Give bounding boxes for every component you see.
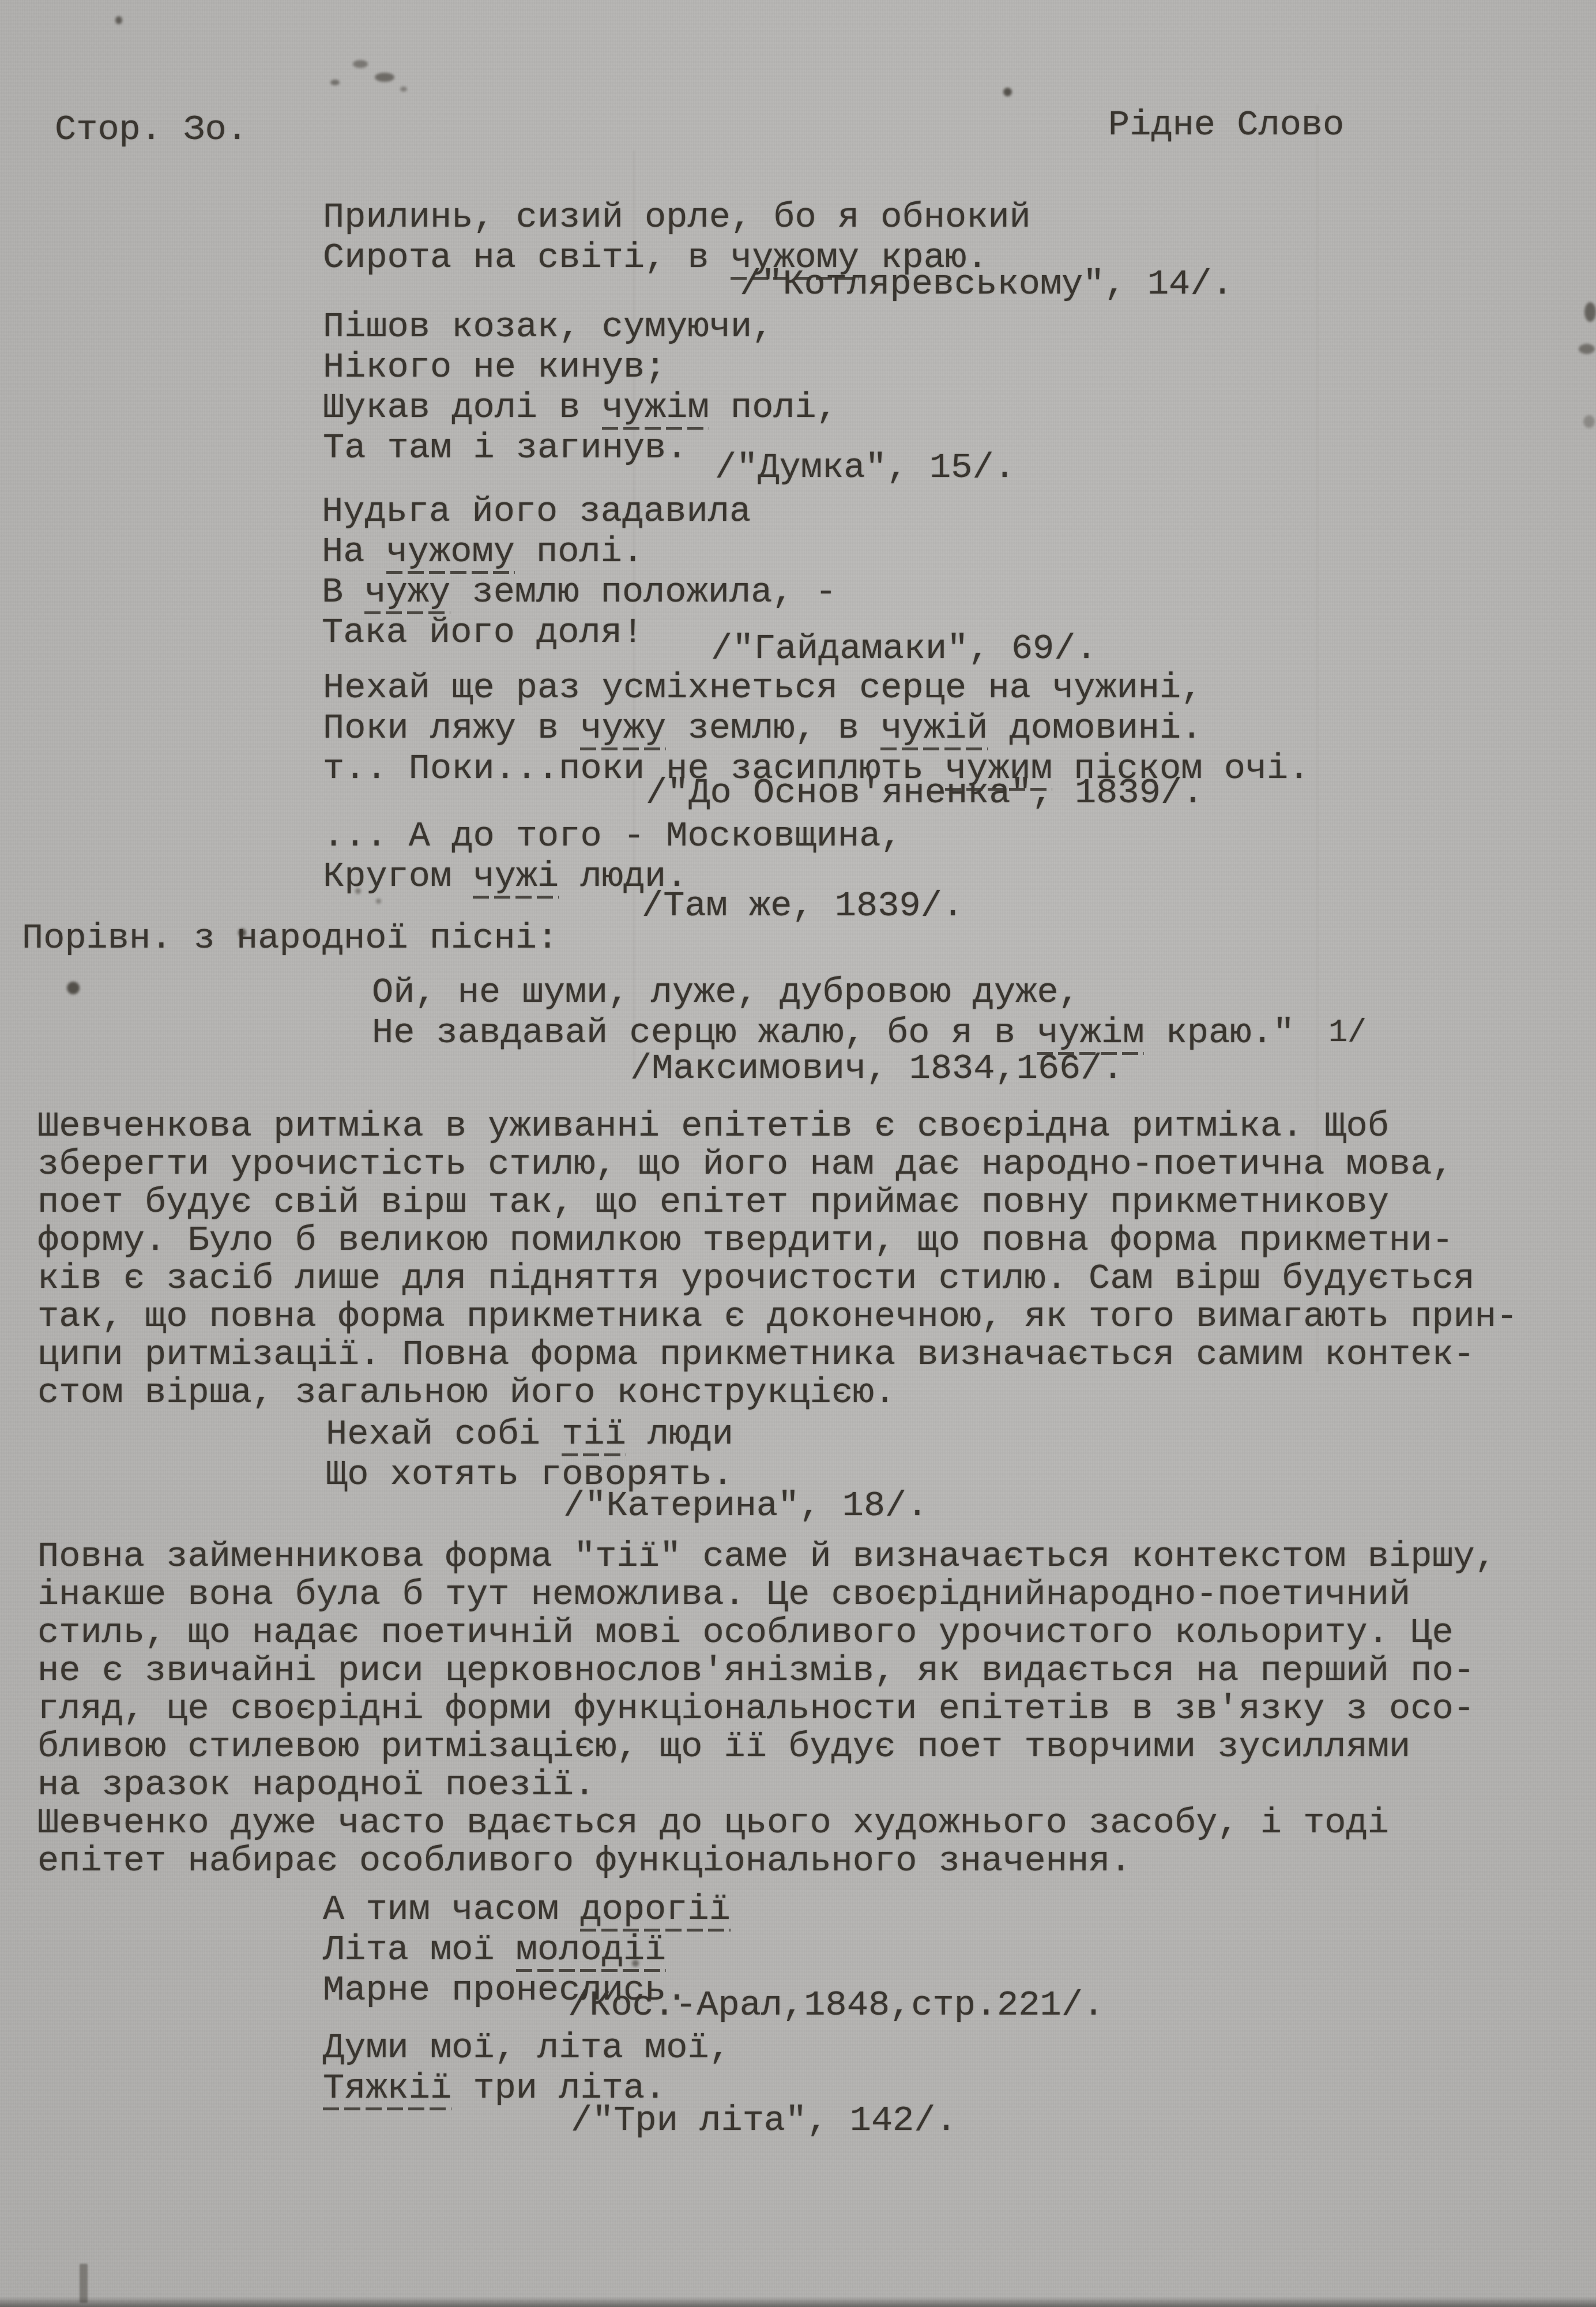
text-line: Шевченкова ритміка в уживанні епітетів є… — [37, 1107, 1518, 1145]
text-line: поет будує свій вірш так, що епітет прий… — [37, 1183, 1518, 1222]
text-line: ків є засіб лише для підняття урочистост… — [37, 1260, 1518, 1298]
citation: /Кос.-Арал,1848,стр.221/. — [568, 1985, 1104, 2026]
text-line: Ой, не шуми, луже, дубровою дуже, — [372, 972, 1294, 1013]
citation: /"До Основ'яненка", 1839/. — [646, 773, 1203, 813]
text-line: А тим часом дорогії — [323, 1889, 731, 1930]
text-line: гляд, це своєрідні форми функціональност… — [37, 1690, 1496, 1728]
text-line: /"Гайдамаки", 69/. — [711, 629, 1097, 669]
text-line: Нехай собі тії люди — [326, 1414, 733, 1455]
text-line: /"Катерина", 18/. — [563, 1486, 928, 1526]
text-line: На чужому полі. — [322, 532, 837, 572]
scan-smudge — [632, 1960, 639, 1967]
scan-smudge — [80, 2264, 88, 2303]
verse-block: Нехай собі тії людиЩо хотять говорять. — [326, 1414, 733, 1495]
citation: /"Думка", 15/. — [715, 448, 1015, 488]
text-line: стиль, що надає поетичній мові особливог… — [37, 1614, 1496, 1652]
citation: /"Три літа", 142/. — [571, 2101, 957, 2141]
text-line: Літа мої молодії — [323, 1930, 731, 1970]
text-line: на зразок народної поезії. — [37, 1766, 1496, 1804]
scan-smudge — [376, 899, 381, 904]
citation: /"Катерина", 18/. — [563, 1486, 928, 1526]
verse-block: Думи мої, літа мої,Тяжкії три літа. — [323, 2028, 731, 2109]
text-line: стом вірша, загальною його конструкцією. — [37, 1374, 1518, 1412]
paragraph-block: Повна займенникова форма "тії" саме й ви… — [37, 1538, 1496, 1880]
text-line: /Кос.-Арал,1848,стр.221/. — [568, 1985, 1104, 2026]
footnote-marker: 1/ — [1328, 1013, 1367, 1053]
text-line: /Там же, 1839/. — [642, 886, 963, 926]
text-line: Шевченко дуже часто вдається до цього ху… — [37, 1804, 1496, 1842]
text-line: 1/ — [1328, 1013, 1367, 1053]
text-line: /"До Основ'яненка", 1839/. — [646, 773, 1203, 813]
text-line: епітет набирає особливого функціональног… — [37, 1842, 1496, 1880]
scan-smudge — [1316, 104, 1318, 1373]
text-line: ципи ритмізації. Повна форма прикметника… — [37, 1336, 1518, 1374]
text-line: /"Котляревському", 14/. — [740, 264, 1233, 305]
page-number-label: Стор. Зо. — [55, 111, 248, 149]
text-line: Шукав долі в чужім полі, — [323, 388, 838, 428]
text-line: ... А до того - Московщина, — [323, 816, 902, 856]
scan-smudge — [238, 929, 246, 937]
paragraph-block: Шевченкова ритміка в уживанні епітетів є… — [37, 1107, 1518, 1412]
verse-block: Нехай ще раз усміхнеться серце на чужині… — [323, 668, 1310, 789]
text-line: бливою стилевою ритмізацією, що її будує… — [37, 1728, 1496, 1766]
text-line: зберегти урочистість стилю, що його нам … — [37, 1145, 1518, 1183]
scan-smudge — [1583, 415, 1595, 428]
scanned-typescript-page: Стор. Зо. Рідне Слово Прилинь, сизий орл… — [0, 0, 1596, 2307]
scan-smudge — [633, 150, 635, 1073]
text-line: Думи мої, літа мої, — [323, 2028, 731, 2068]
text-line: Нікого не кинув; — [323, 347, 838, 388]
scan-smudge — [353, 60, 368, 68]
scan-smudge — [400, 87, 407, 92]
text-line: інакше вона була б тут неможлива. Це сво… — [37, 1576, 1496, 1614]
citation: /Там же, 1839/. — [642, 886, 963, 926]
text-line: Повна займенникова форма "тії" саме й ви… — [37, 1538, 1496, 1576]
scan-smudge — [1579, 344, 1595, 354]
citation: /Максимович, 1834,166/. — [630, 1049, 1124, 1089]
text-line: Пішов козак, сумуючи, — [323, 307, 838, 347]
citation: /"Гайдамаки", 69/. — [711, 629, 1097, 669]
scan-smudge — [330, 80, 340, 85]
citation: /"Котляревському", 14/. — [740, 264, 1233, 305]
text-line: В чужу землю положила, - — [322, 572, 837, 613]
text-line: форму. Було б великою помилкою твердити,… — [37, 1222, 1518, 1260]
text-line: Нудьга його задавила — [322, 491, 837, 532]
text-line: /Максимович, 1834,166/. — [630, 1049, 1124, 1089]
text-line: Нехай ще раз усміхнеться серце на чужині… — [323, 668, 1310, 708]
scan-smudge — [1003, 88, 1012, 96]
text-line: Поки ляжу в чужу землю, в чужій домовині… — [323, 708, 1310, 749]
scan-smudge — [115, 16, 122, 24]
lead-in-line: Порівн. з народної пісні: — [22, 919, 558, 957]
scan-smudge — [375, 73, 394, 82]
verse-block: Пішов козак, сумуючи,Нікого не кинув;Шук… — [323, 307, 838, 468]
text-line: не є звичайні риси церковнослов'янізмів,… — [37, 1652, 1496, 1690]
text-line: так, що повна форма прикметника є доконе… — [37, 1298, 1518, 1336]
text-line: Не завдавай серцю жалю, бо я в чужім кра… — [372, 1013, 1294, 1053]
text-line: Порівн. з народної пісні: — [22, 919, 558, 957]
text-line: Прилинь, сизий орле, бо я обнокий — [323, 197, 1031, 238]
text-line: /"Три літа", 142/. — [571, 2101, 957, 2141]
text-line: /"Думка", 15/. — [715, 448, 1015, 488]
verse-block: ... А до того - Московщина,Кругом чужі л… — [323, 816, 902, 897]
scan-smudge — [355, 888, 361, 894]
scan-smudge — [67, 982, 80, 994]
verse-block: Ой, не шуми, луже, дубровою дуже,Не завд… — [372, 972, 1294, 1053]
journal-title: Рідне Слово — [1108, 106, 1344, 144]
scan-smudge — [1584, 302, 1596, 322]
